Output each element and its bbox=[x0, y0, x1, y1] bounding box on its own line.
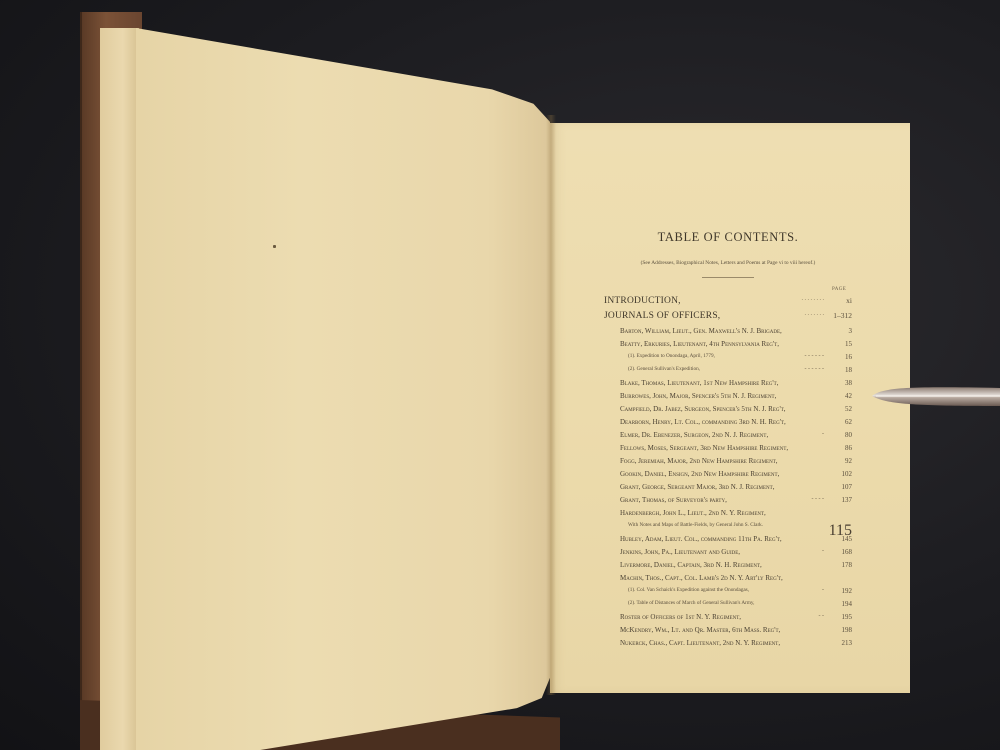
toc-entry-label: Grant, George, Sergeant Major, 3rd N. J.… bbox=[620, 483, 774, 491]
toc-entry-label: Gookin, Daniel, Ensign, 2nd New Hampshir… bbox=[620, 470, 779, 478]
toc-entry-label: With Notes and Maps of Battle-Fields, by… bbox=[628, 522, 763, 528]
toc-entry: INTRODUCTION,. . . . . . . .xi bbox=[604, 296, 852, 308]
divider bbox=[702, 277, 754, 278]
toc-entry-label: Burrowes, John, Major, Spencer's 5th N. … bbox=[620, 392, 776, 400]
toc-entry: Grant, George, Sergeant Major, 3rd N. J.… bbox=[604, 483, 852, 495]
endpaper bbox=[100, 28, 139, 750]
toc-entry-page: 1–312 bbox=[833, 311, 852, 320]
toc-leader-dots: . . . . . . . . bbox=[802, 296, 825, 302]
toc-leader-dots: - bbox=[822, 548, 824, 554]
toc-entry-label: INTRODUCTION, bbox=[604, 296, 681, 306]
toc-note: (See Addresses, Biographical Notes, Lett… bbox=[590, 260, 866, 266]
toc-entry-label: Livermore, Daniel, Captain, 3rd N. H. Re… bbox=[620, 561, 762, 569]
toc-entry: Elmer, Dr. Ebenezer, Surgeon, 2nd N. J. … bbox=[604, 431, 852, 443]
page-column-header: PAGE bbox=[832, 287, 846, 292]
toc-entry: Roster of Officers of 1st N. Y. Regiment… bbox=[604, 613, 852, 625]
toc-entry: With Notes and Maps of Battle-Fields, by… bbox=[604, 522, 852, 534]
toc-entry-page: 80 bbox=[845, 431, 852, 439]
toc-leader-dots: - - - - bbox=[812, 496, 825, 502]
toc-entry-label: JOURNALS OF OFFICERS, bbox=[604, 311, 720, 321]
book-gutter bbox=[546, 115, 556, 695]
toc-entry: Grant, Thomas, of Surveyor's party,- - -… bbox=[604, 496, 852, 508]
toc-entry-page: 3 bbox=[849, 327, 853, 335]
toc-entry: Hardenbergh, John L., Lieut., 2nd N. Y. … bbox=[604, 509, 852, 521]
toc-entry-page: 107 bbox=[842, 483, 853, 491]
toc-entry-label: Dearborn, Henry, Lt. Col., commanding 3r… bbox=[620, 418, 786, 426]
toc-entry-label: Nukerck, Chas., Capt. Lieutenant, 2nd N.… bbox=[620, 639, 780, 647]
toc-entry-page: 168 bbox=[842, 548, 853, 556]
toc-entry: JOURNALS OF OFFICERS,. . . . . . .1–312 bbox=[604, 311, 852, 323]
toc-entry-page: 16 bbox=[845, 353, 852, 361]
toc-entry: Dearborn, Henry, Lt. Col., commanding 3r… bbox=[604, 418, 852, 430]
toc-entry-label: Beatty, Erkuries, Lieutenant, 4th Pennsy… bbox=[620, 340, 779, 348]
toc-entry: Jenkins, John, Pa., Lieutenant and Guide… bbox=[604, 548, 852, 560]
toc-entry-label: Fellows, Moses, Sergeant, 3rd New Hampsh… bbox=[620, 444, 788, 452]
toc-entry-page: 42 bbox=[845, 392, 852, 400]
toc-entry: Fellows, Moses, Sergeant, 3rd New Hampsh… bbox=[604, 444, 852, 456]
toc-leader-dots: . . . . . . . bbox=[805, 311, 825, 317]
toc-entry: Gookin, Daniel, Ensign, 2nd New Hampshir… bbox=[604, 470, 852, 482]
toc-entry-page: 18 bbox=[845, 366, 852, 374]
toc-entry-page: 178 bbox=[842, 561, 853, 569]
toc-title: TABLE OF CONTENTS. bbox=[604, 230, 852, 245]
toc-entry-label: Blake, Thomas, Lieutenant, 1st New Hamps… bbox=[620, 379, 778, 387]
toc-entry-page: 38 bbox=[845, 379, 852, 387]
toc-entry-label: Fogg, Jeremiah, Major, 2nd New Hampshire… bbox=[620, 457, 778, 465]
toc-leader-dots: - - - - - - bbox=[805, 353, 825, 359]
toc-entry-page: 194 bbox=[842, 600, 853, 608]
toc-entry-page: 198 bbox=[842, 626, 853, 634]
toc-entry-page: 92 bbox=[845, 457, 852, 465]
toc-entry: (2). Table of Distances of March of Gene… bbox=[604, 600, 852, 612]
toc-entry-label: (1). Expedition to Onondaga, April, 1779… bbox=[628, 353, 715, 359]
toc-entry-label: (2). Table of Distances of March of Gene… bbox=[628, 600, 754, 606]
toc-entry-label: Machin, Thos., Capt., Col. Lamb's 2d N. … bbox=[620, 574, 783, 582]
toc-entry-label: Campfield, Dr. Jabez, Surgeon, Spencer's… bbox=[620, 405, 786, 413]
toc-entry: McKendry, Wm., Lt. and Qr. Master, 6th M… bbox=[604, 626, 852, 638]
toc-entry-page: xi bbox=[846, 296, 852, 305]
toc-leader-dots: - - bbox=[819, 613, 825, 619]
toc-entry-page: 192 bbox=[842, 587, 853, 595]
toc-entry: (2). General Sullivan's Expedition,- - -… bbox=[604, 366, 852, 378]
toc-entry-page: 195 bbox=[842, 613, 853, 621]
toc-entry-page: 145 bbox=[842, 535, 853, 543]
paper-speck bbox=[273, 245, 276, 248]
toc-entry-label: Elmer, Dr. Ebenezer, Surgeon, 2nd N. J. … bbox=[620, 431, 768, 439]
toc-entry-label: (2). General Sullivan's Expedition, bbox=[628, 366, 700, 372]
toc-entry: Blake, Thomas, Lieutenant, 1st New Hamps… bbox=[604, 379, 852, 391]
toc-entry: (1). Expedition to Onondaga, April, 1779… bbox=[604, 353, 852, 365]
toc-entry: Nukerck, Chas., Capt. Lieutenant, 2nd N.… bbox=[604, 639, 852, 651]
photo-scene: TABLE OF CONTENTS. (See Addresses, Biogr… bbox=[0, 0, 1000, 750]
toc-entry-label: (1). Col. Van Schaick's Expedition again… bbox=[628, 587, 749, 593]
toc-entry: Machin, Thos., Capt., Col. Lamb's 2d N. … bbox=[604, 574, 852, 586]
toc-entry-label: Hardenbergh, John L., Lieut., 2nd N. Y. … bbox=[620, 509, 766, 517]
toc-leader-dots: - - - - - - bbox=[805, 366, 825, 372]
toc-entry-label: Barton, William, Lieut., Gen. Maxwell's … bbox=[620, 327, 782, 335]
toc-entry: Barton, William, Lieut., Gen. Maxwell's … bbox=[604, 327, 852, 339]
blade-pointer-icon bbox=[872, 384, 1000, 410]
toc-leader-dots: - bbox=[822, 587, 824, 593]
toc-entry-label: Roster of Officers of 1st N. Y. Regiment… bbox=[620, 613, 741, 621]
toc-entry-label: Jenkins, John, Pa., Lieutenant and Guide… bbox=[620, 548, 740, 556]
toc-entry-label: Grant, Thomas, of Surveyor's party, bbox=[620, 496, 727, 504]
toc-entry: Beatty, Erkuries, Lieutenant, 4th Pennsy… bbox=[604, 340, 852, 352]
toc-entry: Burrowes, John, Major, Spencer's 5th N. … bbox=[604, 392, 852, 404]
toc-entry-page: 137 bbox=[842, 496, 853, 504]
left-page-blank bbox=[136, 28, 550, 750]
toc-entry-page: 102 bbox=[842, 470, 853, 478]
toc-entry: Livermore, Daniel, Captain, 3rd N. H. Re… bbox=[604, 561, 852, 573]
toc-entry: Fogg, Jeremiah, Major, 2nd New Hampshire… bbox=[604, 457, 852, 469]
toc-entry-page: 52 bbox=[845, 405, 852, 413]
toc-leader-dots: - bbox=[822, 431, 824, 437]
toc-entry-page: 213 bbox=[842, 639, 853, 647]
toc-entry: Campfield, Dr. Jabez, Surgeon, Spencer's… bbox=[604, 405, 852, 417]
toc-entry-page: 15 bbox=[845, 340, 852, 348]
toc-entry-page: 86 bbox=[845, 444, 852, 452]
toc-entry-page: 62 bbox=[845, 418, 852, 426]
toc-entry: Hubley, Adam, Lieut. Col., commanding 11… bbox=[604, 535, 852, 547]
toc-entry-label: Hubley, Adam, Lieut. Col., commanding 11… bbox=[620, 535, 782, 543]
toc-entry-label: McKendry, Wm., Lt. and Qr. Master, 6th M… bbox=[620, 626, 780, 634]
toc-entry: (1). Col. Van Schaick's Expedition again… bbox=[604, 587, 852, 599]
